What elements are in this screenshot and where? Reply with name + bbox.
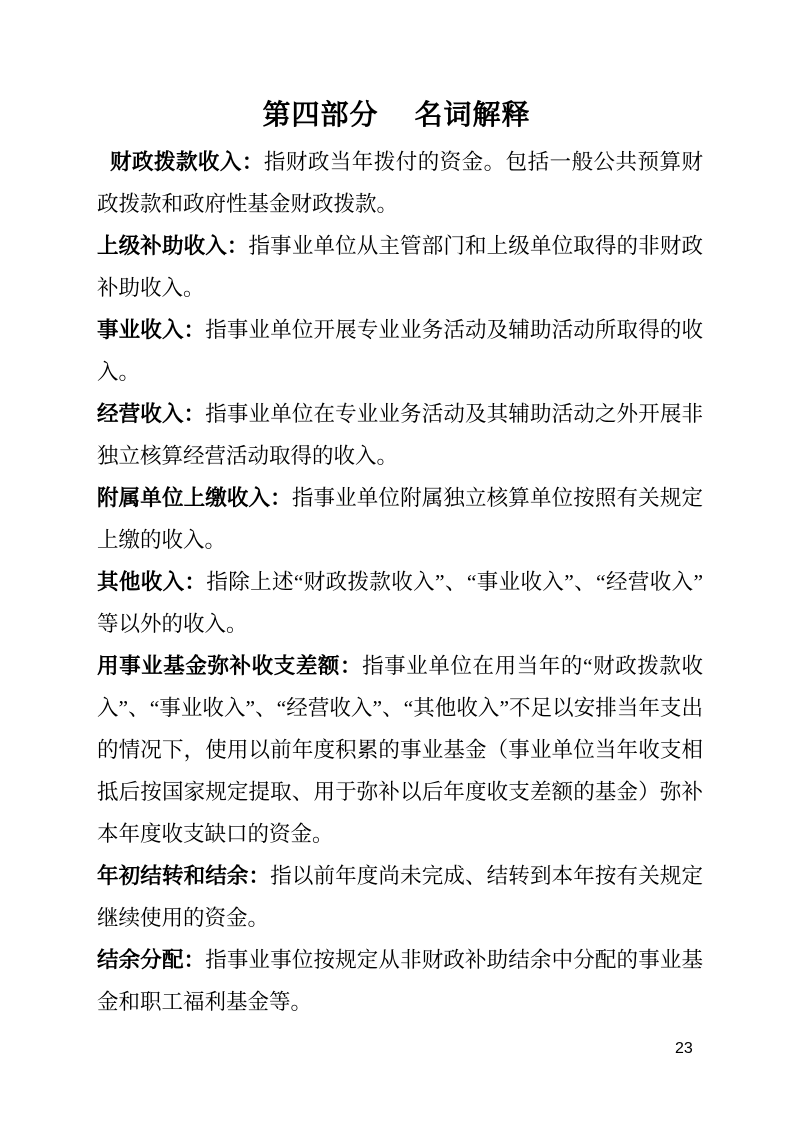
glossary-item-shiye-shouru: 事业收入：指事业单位开展专业业务活动及辅助活动所取得的收入。 xyxy=(97,309,703,393)
term-label: 财政拨款收入： xyxy=(110,150,264,174)
glossary-item-jieyu-fenpei: 结余分配：指事业事位按规定从非财政补助结余中分配的事业基金和职工福利基金等。 xyxy=(97,939,703,1023)
page-number: 23 xyxy=(675,1040,693,1058)
page-title-part1: 第四部分 xyxy=(262,100,378,131)
glossary-item-qita-shouru: 其他收入：指除上述“财政拨款收入”、“事业收入”、“经营收入”等以外的收入。 xyxy=(97,561,703,645)
term-label: 其他收入： xyxy=(97,570,206,594)
page-title: 第四部分名词解释 xyxy=(0,98,793,133)
glossary-item-fushu-danwei-shangjiao-shouru: 附属单位上缴收入：指事业单位附属独立核算单位按照有关规定上缴的收入。 xyxy=(97,477,703,561)
term-definition: 指事业单位在用当年的“财政拨款收入”、“事业收入”、“经营收入”、“其他收入”不… xyxy=(97,654,703,846)
glossary-content: 财政拨款收入：指财政当年拨付的资金。包括一般公共预算财政拨款和政府性基金财政拨款… xyxy=(97,141,703,1023)
document-page: 第四部分名词解释 财政拨款收入：指财政当年拨付的资金。包括一般公共预算财政拨款和… xyxy=(0,0,793,1122)
term-label: 年初结转和结余： xyxy=(97,864,270,888)
term-label: 经营收入： xyxy=(97,402,205,426)
glossary-item-shiye-jijin-mibu-shouzhi-chae: 用事业基金弥补收支差额：指事业单位在用当年的“财政拨款收入”、“事业收入”、“经… xyxy=(97,645,703,855)
glossary-item-shangji-buzhu-shouru: 上级补助收入：指事业单位从主管部门和上级单位取得的非财政补助收入。 xyxy=(97,225,703,309)
term-label: 用事业基金弥补收支差额： xyxy=(97,654,362,678)
term-label: 结余分配： xyxy=(97,948,205,972)
glossary-item-nianchu-jiezhuan-he-jieyu: 年初结转和结余：指以前年度尚未完成、结转到本年按有关规定继续使用的资金。 xyxy=(97,855,703,939)
glossary-item-caizheng-bokuan-shouru: 财政拨款收入：指财政当年拨付的资金。包括一般公共预算财政拨款和政府性基金财政拨款… xyxy=(97,141,703,225)
page-title-part2: 名词解释 xyxy=(415,100,531,131)
term-label: 上级补助收入： xyxy=(97,234,249,258)
term-label: 事业收入： xyxy=(97,318,205,342)
term-label: 附属单位上缴收入： xyxy=(97,486,292,510)
glossary-item-jingying-shouru: 经营收入：指事业单位在专业业务活动及其辅助活动之外开展非独立核算经营活动取得的收… xyxy=(97,393,703,477)
